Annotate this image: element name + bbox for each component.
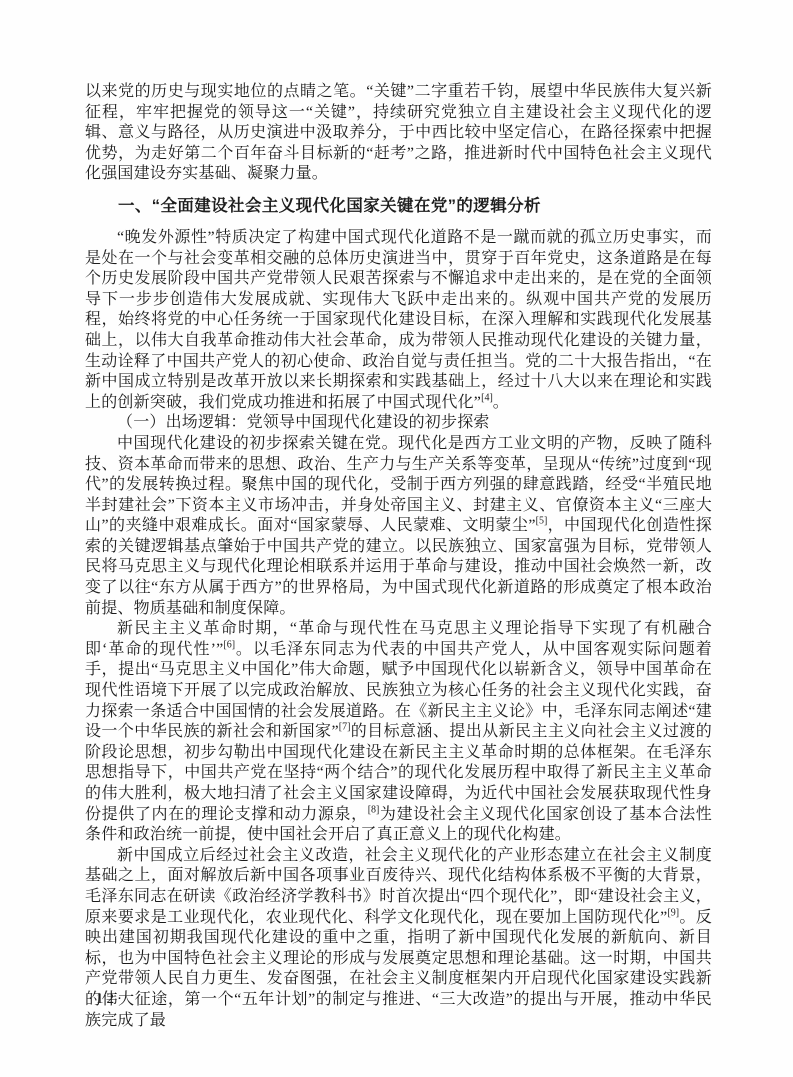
section-heading: 一、“全面建设社会主义现代化国家关键在党”的逻辑分析 bbox=[85, 194, 712, 218]
footnote-ref: [8] bbox=[368, 804, 380, 815]
paragraph-logic-analysis: “晚发外源性”特质决定了构建中国式现代化道路不是一蹴而就的孤立历史事实，而是处在… bbox=[85, 228, 712, 413]
footnote-ref: [5] bbox=[536, 516, 548, 527]
paragraph-new-china-period: 新中国成立后经过社会主义改造，社会主义现代化的产业形态建立在社会主义制度基础之上… bbox=[85, 846, 712, 1031]
footnote-ref: [9] bbox=[667, 907, 679, 918]
footnote-ref: [6] bbox=[223, 640, 235, 651]
footnote-ref: [7] bbox=[339, 722, 351, 733]
subsection-heading: （一）出场逻辑：党领导中国现代化建设的初步探索 bbox=[85, 413, 712, 434]
page-number: ·12· bbox=[88, 991, 125, 1008]
article-body: 以来党的历史与现实地位的点睛之笔。“关键”二字重若千钧，展望中华民族伟大复兴新征… bbox=[85, 82, 712, 1031]
paragraph-initial-exploration: 中国现代化建设的初步探索关键在党。现代化是西方工业文明的产物，反映了随科技、资本… bbox=[85, 434, 712, 619]
document-page: 以来党的历史与现实地位的点睛之笔。“关键”二字重若千钧，展望中华民族伟大复兴新征… bbox=[0, 0, 793, 1077]
paragraph-intro-continuation: 以来党的历史与现实地位的点睛之笔。“关键”二字重若千钧，展望中华民族伟大复兴新征… bbox=[85, 82, 712, 185]
paragraph-new-democracy-period: 新民主主义革命时期，“革命与现代性在马克思主义理论指导下实现了有机融合即‘革命的… bbox=[85, 619, 712, 846]
footnote-ref: [4] bbox=[481, 392, 493, 403]
